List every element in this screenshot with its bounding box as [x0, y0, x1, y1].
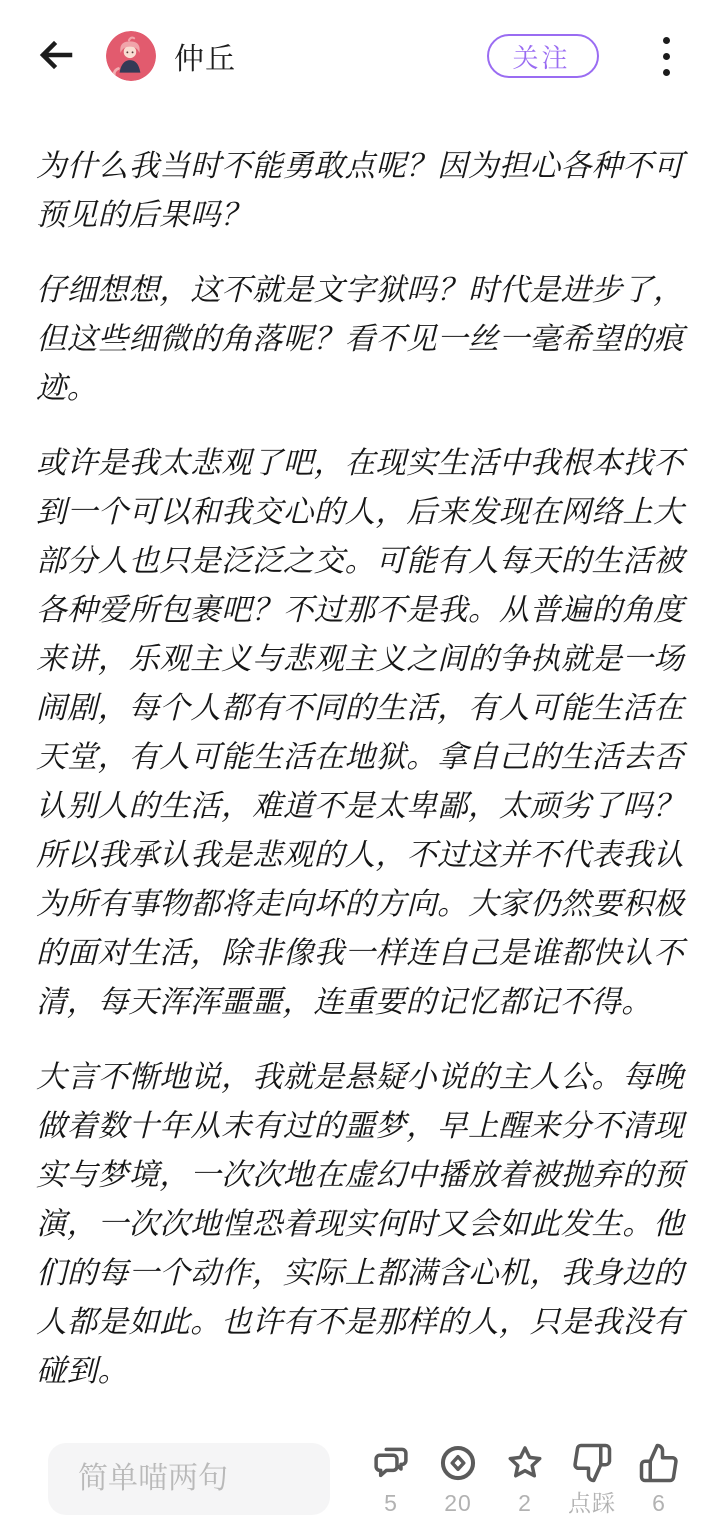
author-profile[interactable]: 仲丘 — [106, 31, 236, 81]
downvote-label: 点踩 — [568, 1490, 616, 1516]
downvote-button[interactable]: 点踩 — [561, 1442, 623, 1516]
upvote-count: 6 — [652, 1490, 666, 1516]
post-content: 为什么我当时不能勇敢点呢？因为担心各种不可预见的后果吗？ 仔细想想，这不就是文字… — [0, 112, 720, 1434]
post-paragraph: 或许是我太悲观了吧，在现实生活中我根本找不到一个可以和我交心的人，后来发现在网络… — [36, 439, 684, 1027]
thumbs-down-icon — [571, 1442, 613, 1487]
post-paragraph: 为什么我当时不能勇敢点呢？因为担心各种不可预见的后果吗？ — [36, 142, 684, 240]
coin-button[interactable]: 20 — [427, 1442, 489, 1516]
comment-icon — [370, 1442, 412, 1487]
kebab-menu-icon — [663, 37, 670, 76]
follow-button[interactable]: 关注 — [487, 34, 599, 78]
bottom-action-bar: 5 20 2 点踩 — [0, 1428, 720, 1536]
post-paragraph: 大言不惭地说，我就是悬疑小说的主人公。每晚做着数十年从未有过的噩梦，早上醒来分不… — [36, 1053, 684, 1396]
post-paragraph: 仔细想想，这不就是文字狱吗？时代是进步了，但这些细微的角落呢？看不见一丝一毫希望… — [36, 266, 684, 413]
author-name: 仲丘 — [174, 34, 236, 78]
coin-count: 20 — [444, 1490, 472, 1516]
back-button[interactable] — [34, 34, 78, 78]
top-bar: 仲丘 关注 — [0, 0, 720, 112]
star-icon — [504, 1442, 546, 1487]
back-arrow-icon — [38, 39, 74, 74]
avatar — [106, 31, 156, 81]
favorite-count: 2 — [518, 1490, 532, 1516]
comments-button[interactable]: 5 — [360, 1442, 422, 1516]
comment-input[interactable] — [48, 1443, 330, 1515]
coin-icon — [437, 1442, 479, 1487]
favorite-button[interactable]: 2 — [494, 1442, 556, 1516]
more-options-button[interactable] — [659, 33, 674, 80]
thumbs-up-icon — [638, 1442, 680, 1487]
comment-count: 5 — [384, 1490, 398, 1516]
upvote-button[interactable]: 6 — [628, 1442, 690, 1516]
action-buttons: 5 20 2 点踩 — [360, 1442, 690, 1516]
